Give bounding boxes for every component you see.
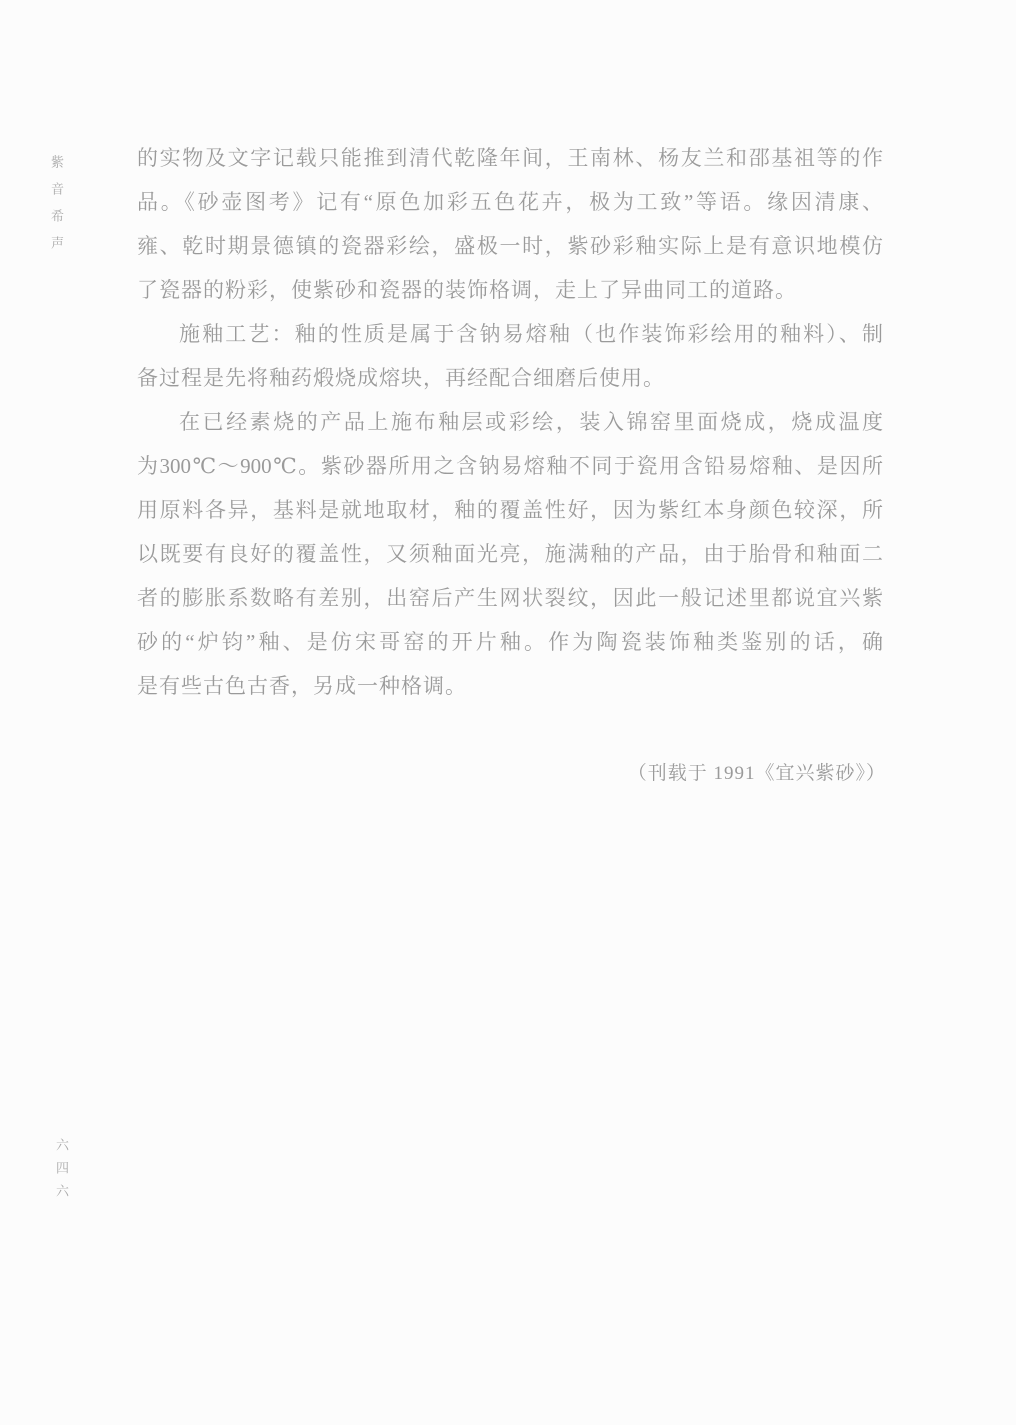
- main-text-block: 的实物及文字记载只能推到清代乾隆年间，王南林、杨友兰和邵基祖等的作品。《砂壶图考…: [137, 136, 883, 708]
- text-line: 施釉工艺：釉的性质是属于含钠易熔釉（也作装饰彩绘用的釉料）、制: [137, 312, 883, 356]
- text-line: 了瓷器的粉彩，使紫砂和瓷器的装饰格调，走上了异曲同工的道路。: [137, 268, 883, 312]
- text-line: 备过程是先将釉药煅烧成熔块，再经配合细磨后使用。: [137, 356, 883, 400]
- book-title-vertical: 紫音希声: [47, 155, 66, 263]
- text-line: 品。《砂壶图考》记有“原色加彩五色花卉，极为工致”等语。缘因清康、: [137, 180, 883, 224]
- text-line: 用原料各异，基料是就地取材，釉的覆盖性好，因为紫红本身颜色较深，所: [137, 488, 883, 532]
- text-line: 在已经素烧的产品上施布釉层或彩绘，装入锦窑里面烧成，烧成温度: [137, 400, 883, 444]
- text-line: 是有些古色古香，另成一种格调。: [137, 664, 883, 708]
- text-line: 雍、乾时期景德镇的瓷器彩绘，盛极一时，紫砂彩釉实际上是有意识地模仿: [137, 224, 883, 268]
- text-line: 为300℃～900℃。紫砂器所用之含钠易熔釉不同于瓷用含铅易熔釉、是因所: [137, 444, 883, 488]
- citation: （刊载于 1991《宜兴紫砂》）: [137, 758, 886, 785]
- text-line: 者的膨胀系数略有差别，出窑后产生网状裂纹，因此一般记述里都说宜兴紫: [137, 576, 883, 620]
- text-line: 以既要有良好的覆盖性，又须釉面光亮，施满釉的产品，由于胎骨和釉面二: [137, 532, 883, 576]
- text-line: 砂的“炉钧”釉、是仿宋哥窑的开片釉。作为陶瓷装饰釉类鉴别的话，确: [137, 620, 883, 664]
- text-line: 的实物及文字记载只能推到清代乾隆年间，王南林、杨友兰和邵基祖等的作: [137, 136, 883, 180]
- book-page: 紫音希声 的实物及文字记载只能推到清代乾隆年间，王南林、杨友兰和邵基祖等的作品。…: [0, 0, 1016, 1425]
- page-number-vertical: 六四六: [52, 1138, 71, 1207]
